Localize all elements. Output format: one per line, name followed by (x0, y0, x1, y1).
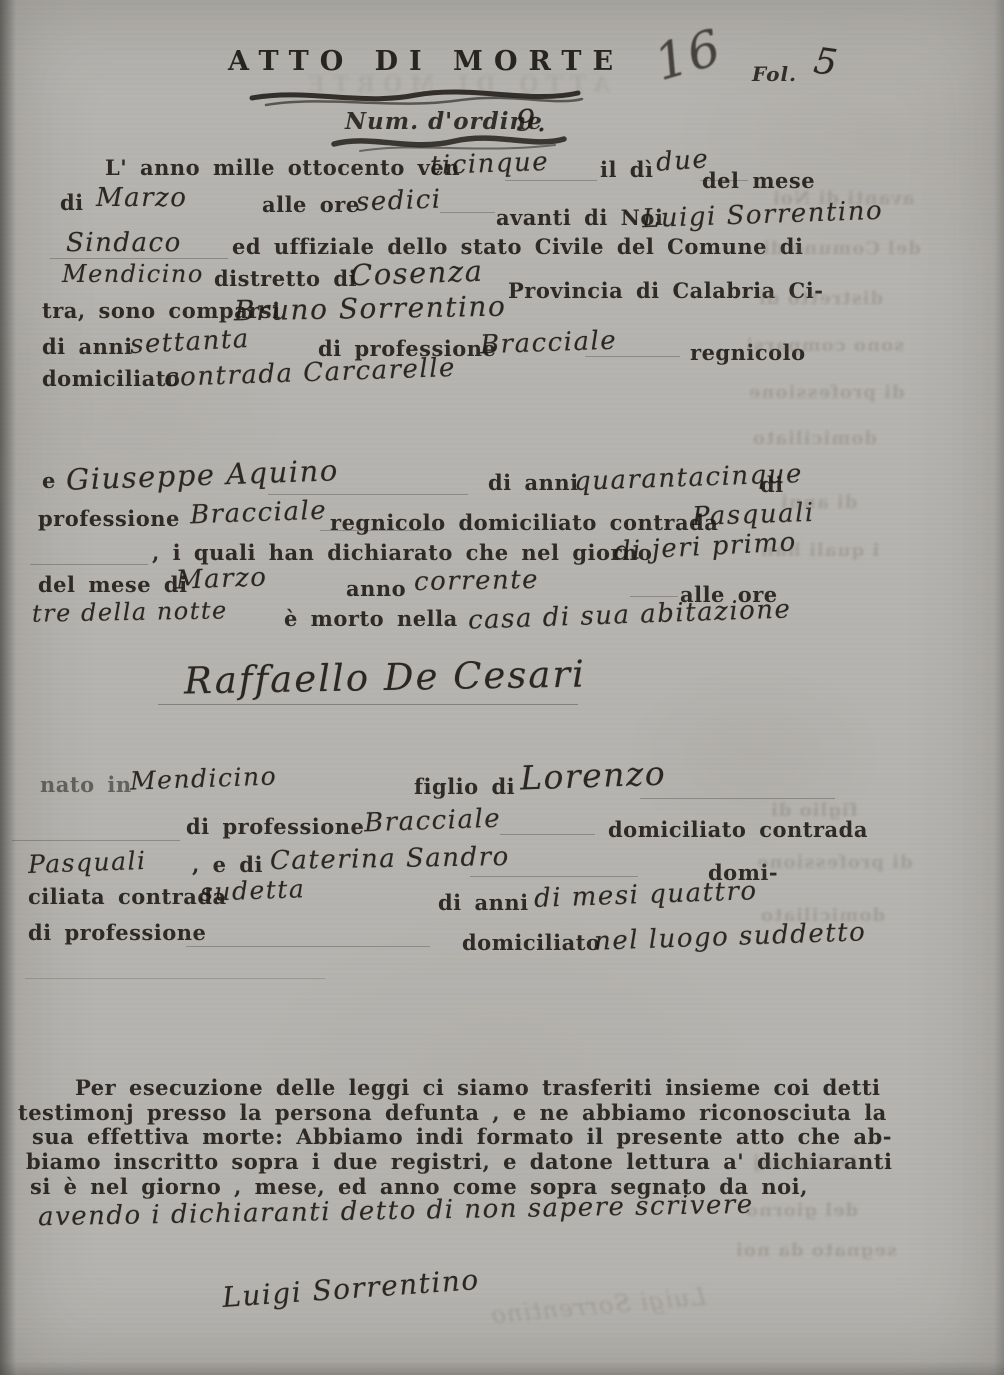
bleedthrough-fragment: domiciliato (752, 428, 877, 449)
details-l1-hand-birthplace: Mendicino (130, 761, 278, 795)
details-l1-printed-1: nato in (40, 772, 132, 797)
opening-l7-hand-age: settanta (129, 324, 250, 360)
declarants-l4-printed-1: del mese di (38, 572, 188, 597)
order-number-label: Num. d'ordine (345, 108, 543, 135)
declarants-l1-hand-name: Giuseppe Aquino (65, 453, 339, 496)
document-title: ATTO DI MORTE (228, 46, 624, 77)
bleedthrough-fragment: segnato da noi (735, 1240, 897, 1261)
details-l5-printed-1: di professione (28, 920, 206, 945)
folio-label: Fol. (752, 62, 797, 86)
details-l2-printed-1: di professione (186, 814, 364, 839)
opening-l1-hand-year: ticinque (430, 147, 550, 181)
closing-l2: testimonj presso la persona defunta , e … (18, 1100, 887, 1125)
opening-l2-hand-month: Marzo (96, 183, 187, 213)
bleedthrough-fragment: del Comune di (762, 238, 921, 259)
bleedthrough-fragment: distretto di (758, 288, 883, 309)
bleedthrough-fragment: i quali han (760, 540, 879, 561)
declarants-l2-printed-1: professione (38, 506, 180, 531)
details-l3-hand-mother: Caterina Sandro (270, 842, 510, 876)
bleedthrough-fragment: di anni (780, 492, 857, 513)
bleedthrough-fragment: del giorno (745, 1200, 858, 1221)
opening-l7-printed-1: di anni (42, 334, 133, 359)
opening-l4-printed: distretto di (214, 266, 357, 291)
declarants-l2-hand-profession: Bracciale (190, 496, 328, 531)
bleedthrough-fragment: testimonj (752, 1152, 857, 1173)
bleedthrough-fragment: avanti di Noi (772, 188, 914, 209)
opening-l2-printed-2: alle ore (262, 192, 360, 217)
opening-l2-hand-hour: sedici (356, 185, 443, 218)
bleedthrough-fragment: sono comparsi (745, 335, 904, 356)
signature-bleedthrough: Luigi Sorrentino (489, 1283, 707, 1330)
details-l3-hand-contrada: Pasquali (28, 846, 147, 879)
details-l3-printed-1: , e di (192, 852, 263, 877)
declarants-l5-hand-hour: tre della notte (32, 596, 228, 627)
details-l4-hand-age: di mesi quattro (534, 876, 758, 914)
details-l5-printed-2: domiciliato (462, 930, 600, 955)
deceased-name: Raffaello De Cesari (184, 652, 587, 702)
declarants-l1-printed-1: e (42, 468, 56, 493)
declarants-l4-printed-2: anno (346, 576, 406, 601)
bleedthrough-fragment: domiciliato (760, 905, 885, 926)
details-l1-printed-2: figlio di (414, 774, 515, 799)
bleedthrough-fragment: figlio di (770, 800, 858, 821)
declarants-l2-printed-2: regnicolo domiciliato contrada (330, 510, 718, 535)
details-l1-hand-father: Lorenzo (519, 753, 666, 797)
opening-l6-hand-declarant1: Bruno Sorrentino (234, 290, 507, 328)
declarants-l1-printed-2: di anni (488, 470, 579, 495)
closing-l1: Per esecuzione delle leggi ci siamo tras… (75, 1075, 881, 1100)
page-binding-edge (0, 0, 16, 1375)
bleedthrough-fragment: di professione (756, 852, 913, 873)
opening-l4-hand-district: Cosenza (349, 254, 484, 293)
page-right-edge (994, 0, 1004, 1375)
declarants-l5-hand-place: casa di sua abitazione (468, 594, 792, 635)
opening-l8-printed: domiciliato (42, 366, 180, 391)
details-l4-hand-contrada: sudetta (200, 874, 306, 907)
opening-l8-hand-domicile: contrada Carcarelle (164, 353, 457, 393)
folio-number: 5 (811, 41, 841, 85)
opening-l3-printed: ed uffiziale dello stato Civile del Comu… (232, 234, 803, 259)
corner-mark: 16 (648, 18, 728, 92)
death-record-page: ATTO DI MORTE ATTO DI MORTE 16 Fol. 5 Nu… (0, 0, 1004, 1375)
opening-l3-hand-office: Sindaco (66, 228, 182, 258)
declarants-l3-printed: , i quali han dichiarato che nel giorno (152, 540, 652, 565)
declarants-l4-hand-year: corrente (414, 565, 540, 597)
declarants-l4-hand-month: Marzo (176, 562, 268, 595)
details-l4-printed-1: ciliata contrada (28, 884, 227, 909)
opening-l2-printed-1: di (60, 190, 84, 215)
closing-l3: sua effettiva morte: Abbiamo indi format… (32, 1124, 892, 1149)
details-l4-printed-2: di anni (438, 890, 529, 915)
page-bottom-edge (0, 1361, 1004, 1375)
official-signature: Luigi Sorrentino (221, 1263, 481, 1314)
opening-l2-printed-3: avanti di Noi (496, 205, 663, 230)
opening-l1-printed-2: il dì (600, 157, 653, 182)
details-l2-hand-profession: Bracciale (364, 804, 502, 839)
declarants-l5-printed: è morto nella (284, 606, 458, 631)
opening-l4-hand-comune: Mendicino (62, 260, 204, 288)
bleedthrough-fragment: di professione (748, 382, 905, 403)
opening-l1-printed-1: L' anno mille ottocento ven (105, 155, 460, 180)
